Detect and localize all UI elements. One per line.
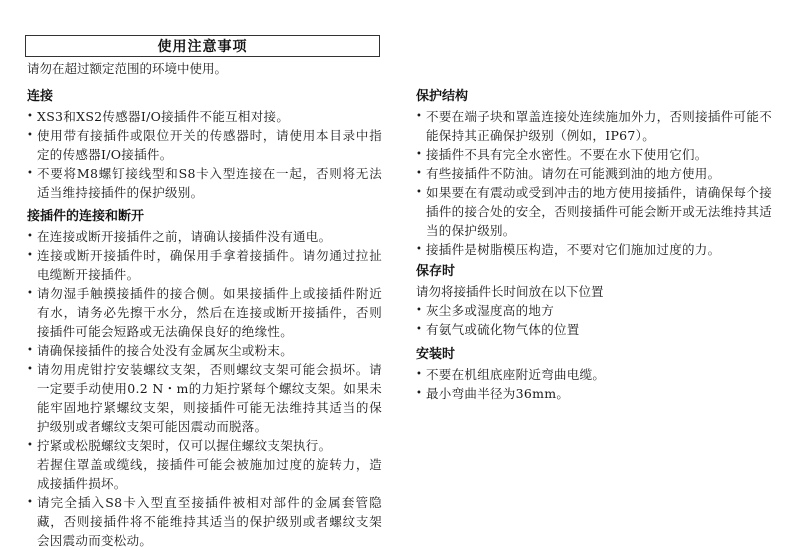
bullet-list: •灰尘多或湿度高的地方 •有氨气或硫化物气体的位置 xyxy=(416,301,772,339)
bullet-list: •在连接或断开接插件之前，请确认接插件没有通电。 •连接或断开接插件时，确保用手… xyxy=(27,227,382,547)
list-item: •灰尘多或湿度高的地方 xyxy=(416,301,772,320)
list-item: •请完全插入S8卡入型直至接插件被相对部件的金属套管隐藏，否则接插件将不能维持其… xyxy=(27,493,382,547)
bullet-icon: • xyxy=(416,183,422,202)
section-protection: 保护结构 •不要在端子块和罩盖连接处连续施加外力，否则接插件可能不能保持其正确保… xyxy=(416,87,772,259)
list-item-continuation: 若握住罩盖或缆线，接插件可能会被施加过度的旋转力，造成接插件损坏。 xyxy=(37,455,382,493)
section-heading: 连接 xyxy=(27,87,382,106)
list-item: •请确保接插件的接合处没有金属灰尘或粉末。 xyxy=(27,341,382,360)
bullet-icon: • xyxy=(416,164,422,183)
list-item: •有些接插件不防油。请勿在可能溅到油的地方使用。 xyxy=(416,164,772,183)
list-item: •连接或断开接插件时，确保用手拿着接插件。请勿通过拉扯电缆断开接插件。 xyxy=(27,246,382,284)
list-item: •请勿用虎钳拧安装螺纹支架，否则螺纹支架可能会损坏。请一定要手动使用0.2 N・… xyxy=(27,360,382,436)
bullet-icon: • xyxy=(27,107,33,126)
bullet-list: •不要在机组底座附近弯曲电缆。 •最小弯曲半径为36mm。 xyxy=(416,365,772,403)
bullet-icon: • xyxy=(27,126,33,145)
section-heading: 保存时 xyxy=(416,262,772,281)
list-item: •在连接或断开接插件之前，请确认接插件没有通电。 xyxy=(27,227,382,246)
page-title: 使用注意事项 xyxy=(158,36,248,56)
list-item: •XS3和XS2传感器I/O接插件不能互相对接。 xyxy=(27,107,382,126)
list-item: •如果要在有震动或受到冲击的地方使用接插件，请确保每个接插件的接合处的安全，否则… xyxy=(416,183,772,240)
bullet-icon: • xyxy=(27,360,33,379)
bullet-icon: • xyxy=(27,493,33,512)
bullet-icon: • xyxy=(27,164,33,183)
bullet-icon: • xyxy=(27,284,33,303)
section-heading: 保护结构 xyxy=(416,87,772,106)
bullet-icon: • xyxy=(416,384,422,403)
bullet-icon: • xyxy=(27,341,33,360)
intro-text: 请勿在超过额定范围的环境中使用。 xyxy=(27,59,227,78)
bullet-icon: • xyxy=(27,227,33,246)
title-box: 使用注意事项 xyxy=(25,35,380,57)
list-item: •接插件不具有完全水密性。不要在水下使用它们。 xyxy=(416,145,772,164)
section-installation: 安装时 •不要在机组底座附近弯曲电缆。 •最小弯曲半径为36mm。 xyxy=(416,345,772,403)
list-item: •不要在端子块和罩盖连接处连续施加外力，否则接插件可能不能保持其正确保护级别（例… xyxy=(416,107,772,145)
section-heading: 安装时 xyxy=(416,345,772,364)
list-item: •请勿湿手触摸接插件的接合侧。如果接插件上或接插件附近有水，请务必先擦干水分，然… xyxy=(27,284,382,341)
bullet-icon: • xyxy=(416,240,422,259)
section-connection: 连接 •XS3和XS2传感器I/O接插件不能互相对接。 •使用带有接插件或限位开… xyxy=(27,87,382,202)
section-storage: 保存时 请勿将接插件长时间放在以下位置 •灰尘多或湿度高的地方 •有氨气或硫化物… xyxy=(416,262,772,339)
list-item: •使用带有接插件或限位开关的传感器时，请使用本目录中指定的传感器I/O接插件。 xyxy=(27,126,382,164)
list-item: •接插件是树脂模压构造，不要对它们施加过度的力。 xyxy=(416,240,772,259)
bullet-list: •不要在端子块和罩盖连接处连续施加外力，否则接插件可能不能保持其正确保护级别（例… xyxy=(416,107,772,259)
bullet-icon: • xyxy=(416,145,422,164)
list-item: •不要在机组底座附近弯曲电缆。 xyxy=(416,365,772,384)
bullet-icon: • xyxy=(416,107,422,126)
list-item: •有氨气或硫化物气体的位置 xyxy=(416,320,772,339)
bullet-icon: • xyxy=(27,436,33,455)
bullet-icon: • xyxy=(416,301,422,320)
section-heading: 接插件的连接和断开 xyxy=(27,207,382,226)
section-lead: 请勿将接插件长时间放在以下位置 xyxy=(416,282,772,301)
section-connect-disconnect: 接插件的连接和断开 •在连接或断开接插件之前，请确认接插件没有通电。 •连接或断… xyxy=(27,207,382,547)
list-item: •拧紧或松脱螺纹支架时，仅可以握住螺纹支架执行。若握住罩盖或缆线，接插件可能会被… xyxy=(27,436,382,493)
bullet-icon: • xyxy=(27,246,33,265)
bullet-icon: • xyxy=(416,365,422,384)
bullet-icon: • xyxy=(416,320,422,339)
list-item: •最小弯曲半径为36mm。 xyxy=(416,384,772,403)
bullet-list: •XS3和XS2传感器I/O接插件不能互相对接。 •使用带有接插件或限位开关的传… xyxy=(27,107,382,202)
list-item: •不要将M8螺钉接线型和S8卡入型连接在一起，否则将无法适当维持接插件的保护级别… xyxy=(27,164,382,202)
